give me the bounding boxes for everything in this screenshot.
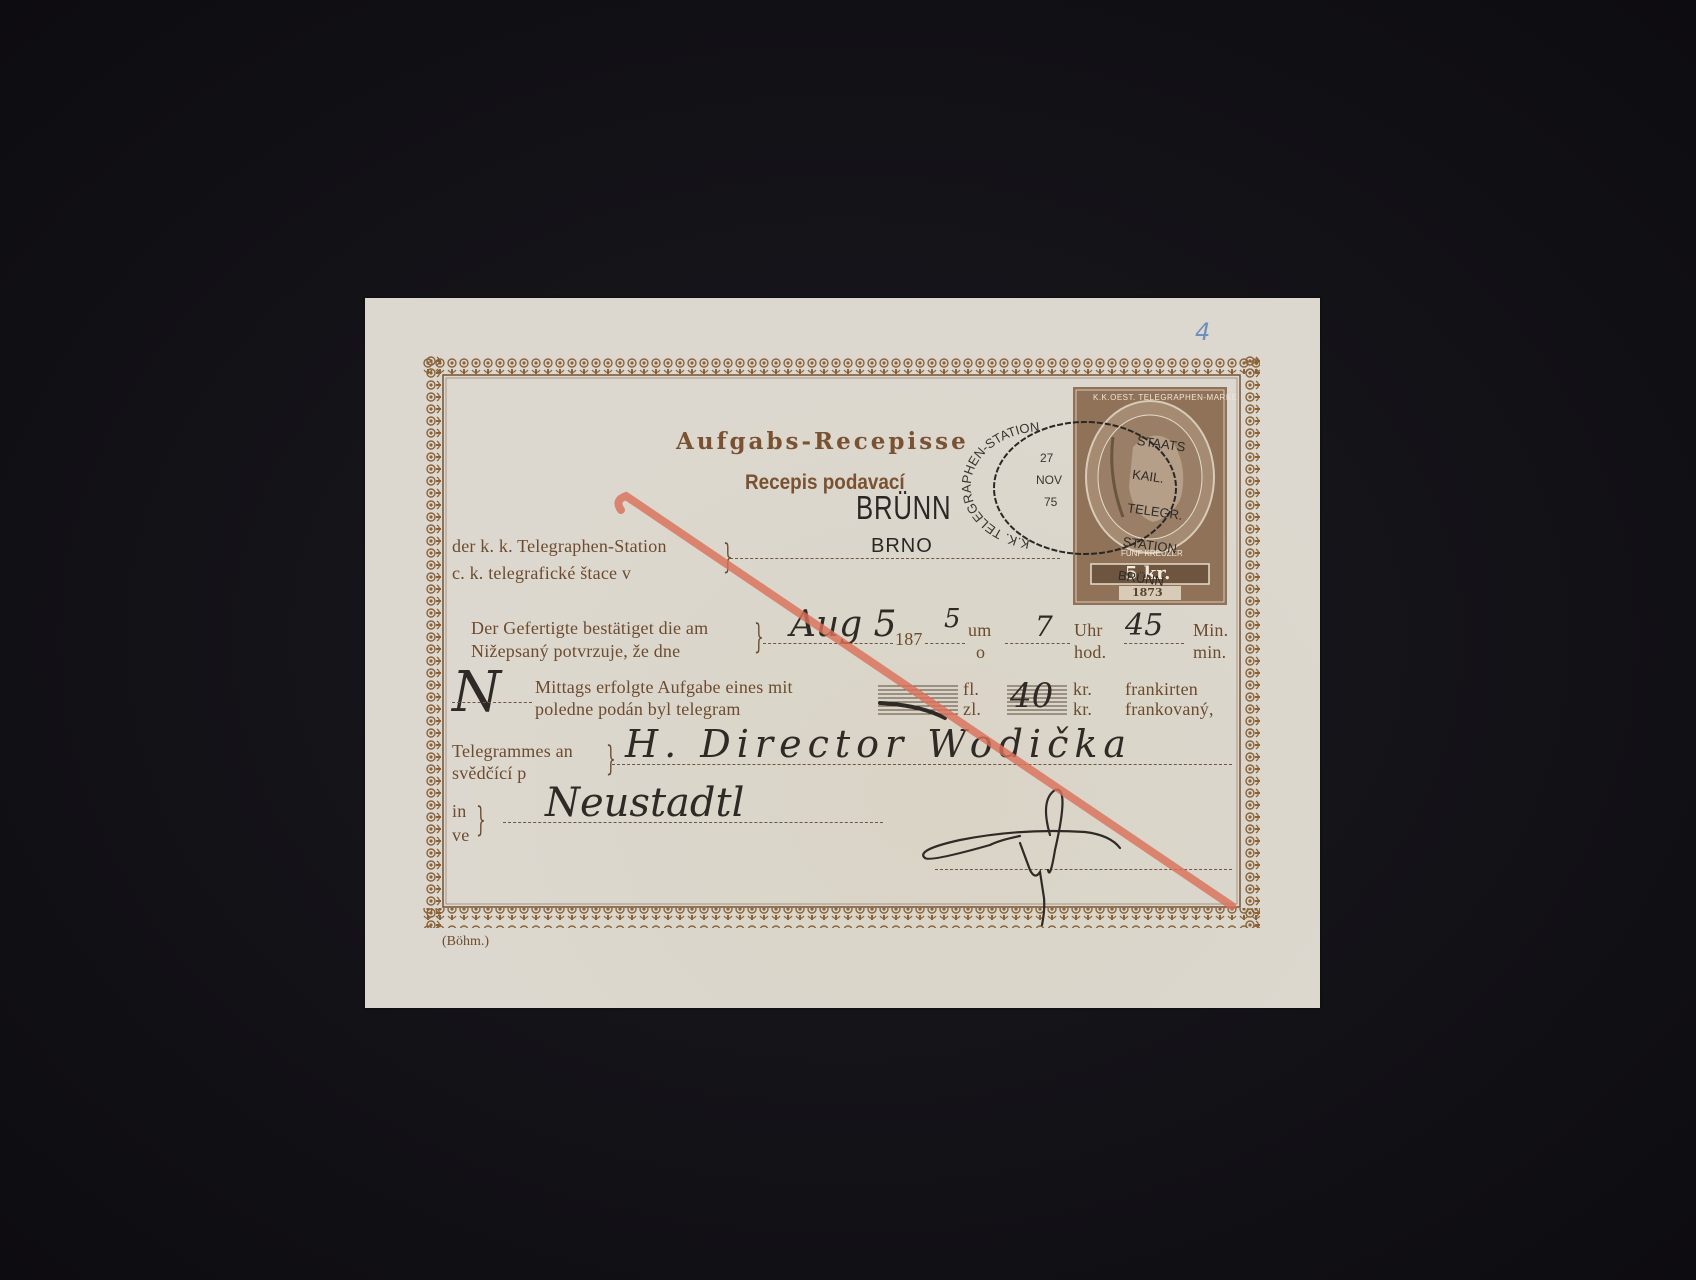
footer-note: (Böhm.) bbox=[442, 934, 489, 950]
postmark-day: 27 bbox=[1040, 451, 1054, 465]
postmark: K.K. TELEGRAPHEN-STATION 27 NOV 75 bbox=[0, 0, 1696, 1280]
postmark-year: 75 bbox=[1044, 495, 1058, 509]
svg-text:K.K. TELEGRAPHEN-STATION: K.K. TELEGRAPHEN-STATION bbox=[959, 419, 1040, 552]
postmark-month: NOV bbox=[1036, 473, 1062, 487]
postmark-ring-text: K.K. TELEGRAPHEN-STATION bbox=[959, 419, 1040, 552]
